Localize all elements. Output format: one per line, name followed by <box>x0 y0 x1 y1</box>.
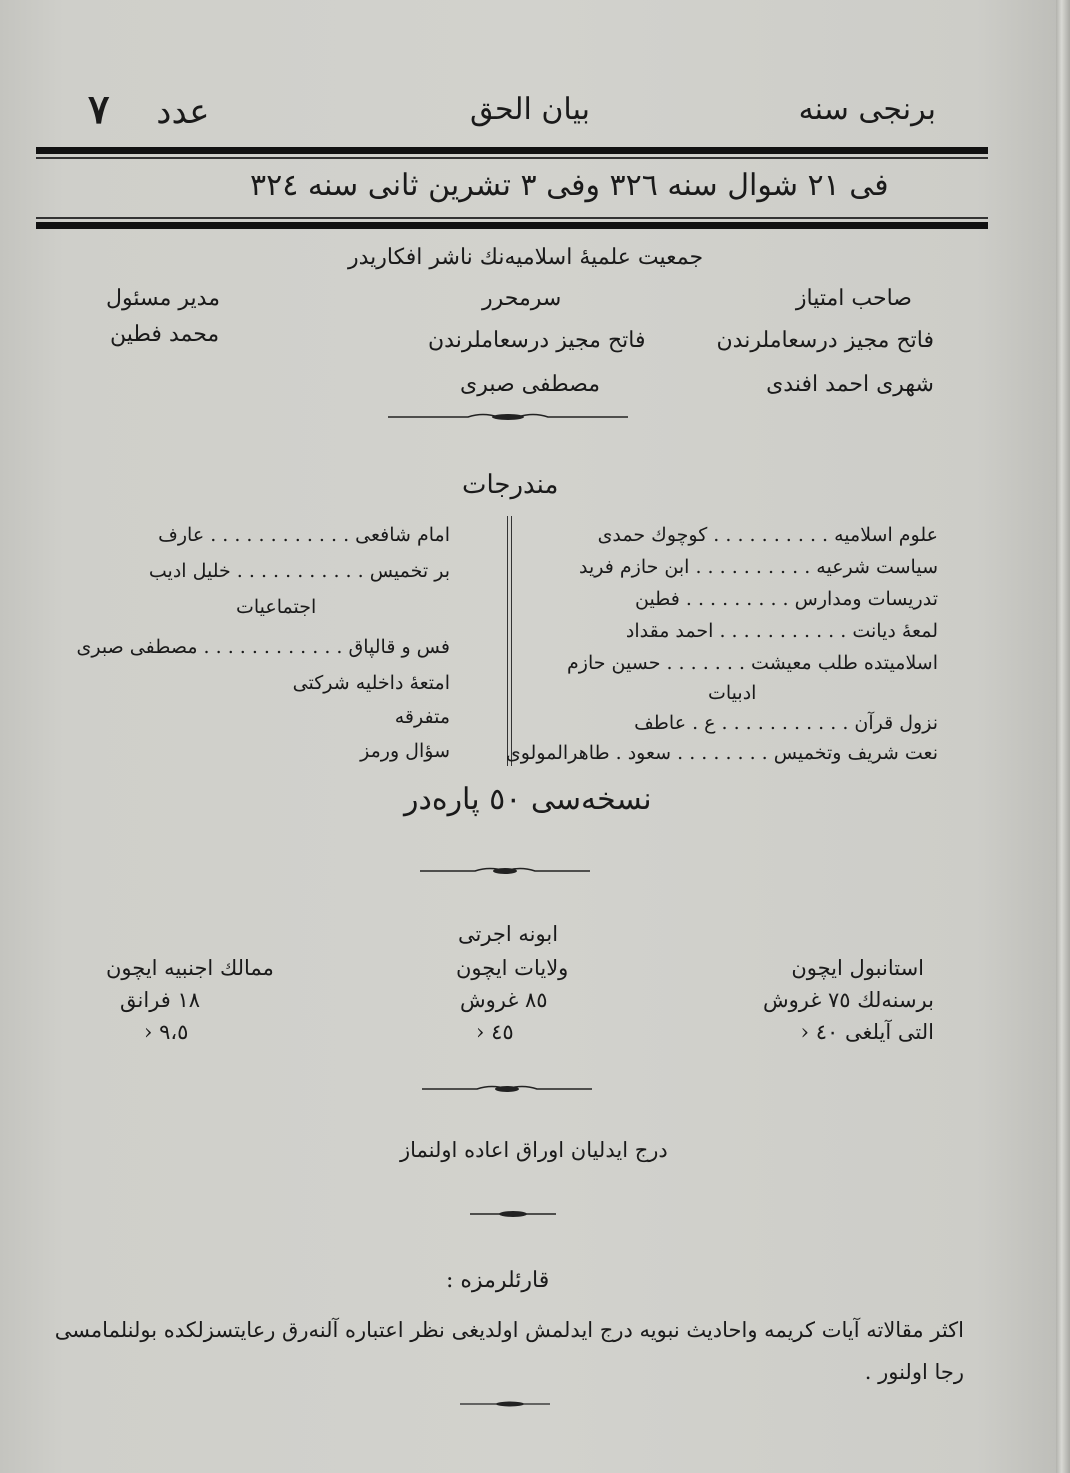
foreign-six-months: ٩،٥ ‹ <box>144 1020 188 1044</box>
toc-item[interactable]: سیاست شرعیه . . . . . . . . . . ابن حازم… <box>579 556 938 578</box>
ornamental-divider-icon <box>422 1082 592 1094</box>
manager-name: محمد فطین <box>110 322 219 347</box>
editor-name: مصطفی صبری <box>460 372 600 397</box>
toc-item[interactable]: امتعهٔ داخلیه شركتی <box>293 672 450 694</box>
toc-item[interactable]: علوم اسلامیه . . . . . . . . . . كوچوك ح… <box>598 524 938 546</box>
provinces-yearly: ٨٥ غروش <box>460 988 548 1012</box>
toc-item[interactable]: لمعهٔ دیانت . . . . . . . . . . . احمد م… <box>626 620 938 642</box>
readers-note-body: اكثر مقالاته آیات كریمه واحادیث نبویه در… <box>64 1318 964 1384</box>
issue-number-value: ٧ <box>88 86 109 133</box>
editor-line1: فاتح مجیز درسعاملرندن <box>428 328 646 353</box>
readers-note-line2: رجا اولنور . <box>64 1360 964 1384</box>
header-rule-bottom-thin <box>36 217 988 219</box>
provinces-six-months: ٤٥ ‹ <box>476 1020 514 1044</box>
toc-item[interactable]: سؤال ورمز <box>360 740 450 762</box>
owner-line1: فاتح مجیز درسعاملرندن <box>717 328 935 353</box>
toc-item[interactable]: فس و قالپاق . . . . . . . . . . . . مصطف… <box>77 636 450 658</box>
ornamental-divider-icon <box>470 1208 556 1220</box>
toc-item[interactable]: متفرقه <box>395 706 450 728</box>
newspaper-title: بيان الحق <box>470 92 590 127</box>
toc-item[interactable]: نزول قرآن . . . . . . . . . . . ع . عاطف <box>634 712 938 734</box>
subscription-title: ابونه اجرتی <box>458 922 558 946</box>
issue-number: عدد ٧ <box>88 86 210 133</box>
foreign-yearly: ١٨ فرانق <box>120 988 200 1012</box>
manager-role: مدیر مسئول <box>106 286 220 311</box>
istanbul-six-months: التی آیلغی ٤٠ ‹ <box>801 1020 934 1044</box>
owner-role: صاحب امتیاز <box>796 286 912 311</box>
toc-item[interactable]: اسلامیتده طلب معیشت . . . . . . . حسین ح… <box>567 652 938 674</box>
ornamental-divider-icon <box>420 864 590 876</box>
toc-item[interactable]: تدریسات ومدارس . . . . . . . . . فطین <box>635 588 938 610</box>
readers-note-title: قارئلرمزه : <box>446 1268 549 1293</box>
issue-price: نسخه‌سی ٥٠ پاره‌در <box>404 782 652 817</box>
dateline: فی ٢١ شوال سنه ٣٢٦ وفی ٣ تشرین ثانی سنه … <box>250 168 889 203</box>
provinces-heading: ولایات ایچون <box>456 956 568 980</box>
editor-role: سرمحرر <box>482 286 561 311</box>
publication-subtitle: جمعیت علمیهٔ اسلامیه‌نك ناشر افكاریدر <box>348 245 703 270</box>
header-rule-top-thin <box>36 157 988 159</box>
toc-item[interactable]: بر تخمیس . . . . . . . . . . . خلیل ادیب <box>149 560 450 582</box>
header-rule-top <box>36 147 988 154</box>
contents-column-divider <box>507 516 512 766</box>
toc-section-literature: ادبیات <box>708 682 756 704</box>
toc-item[interactable]: نعت شریف وتخمیس . . . . . . . . سعود . ط… <box>506 742 938 764</box>
manuscripts-notice: درج ایدلیان اوراق اعاده اولنماز <box>400 1138 668 1162</box>
toc-item[interactable]: امام شافعی . . . . . . . . . . . . عارف <box>158 524 450 546</box>
istanbul-heading: استانبول ایچون <box>791 956 924 980</box>
header-rule-bottom <box>36 222 988 229</box>
ornamental-divider-icon <box>460 1398 550 1410</box>
readers-note-line1: اكثر مقالاته آیات كریمه واحادیث نبویه در… <box>64 1318 964 1342</box>
owner-name: شهری احمد افندی <box>766 372 934 397</box>
year-label: برنجی سنه <box>799 92 936 127</box>
issue-label: عدد <box>156 92 209 132</box>
contents-title: مندرجات <box>462 470 558 500</box>
ornamental-divider-icon <box>388 410 628 422</box>
newspaper-page: عدد ٧ بيان الحق برنجی سنه فی ٢١ شوال سنه… <box>0 0 1062 1473</box>
page-binding-edge <box>1056 0 1070 1473</box>
istanbul-yearly: برسنه‌لك ٧٥ غروش <box>763 988 934 1012</box>
foreign-heading: ممالك اجنبیه ایچون <box>106 956 274 980</box>
toc-section-social: اجتماعیات <box>236 596 316 618</box>
